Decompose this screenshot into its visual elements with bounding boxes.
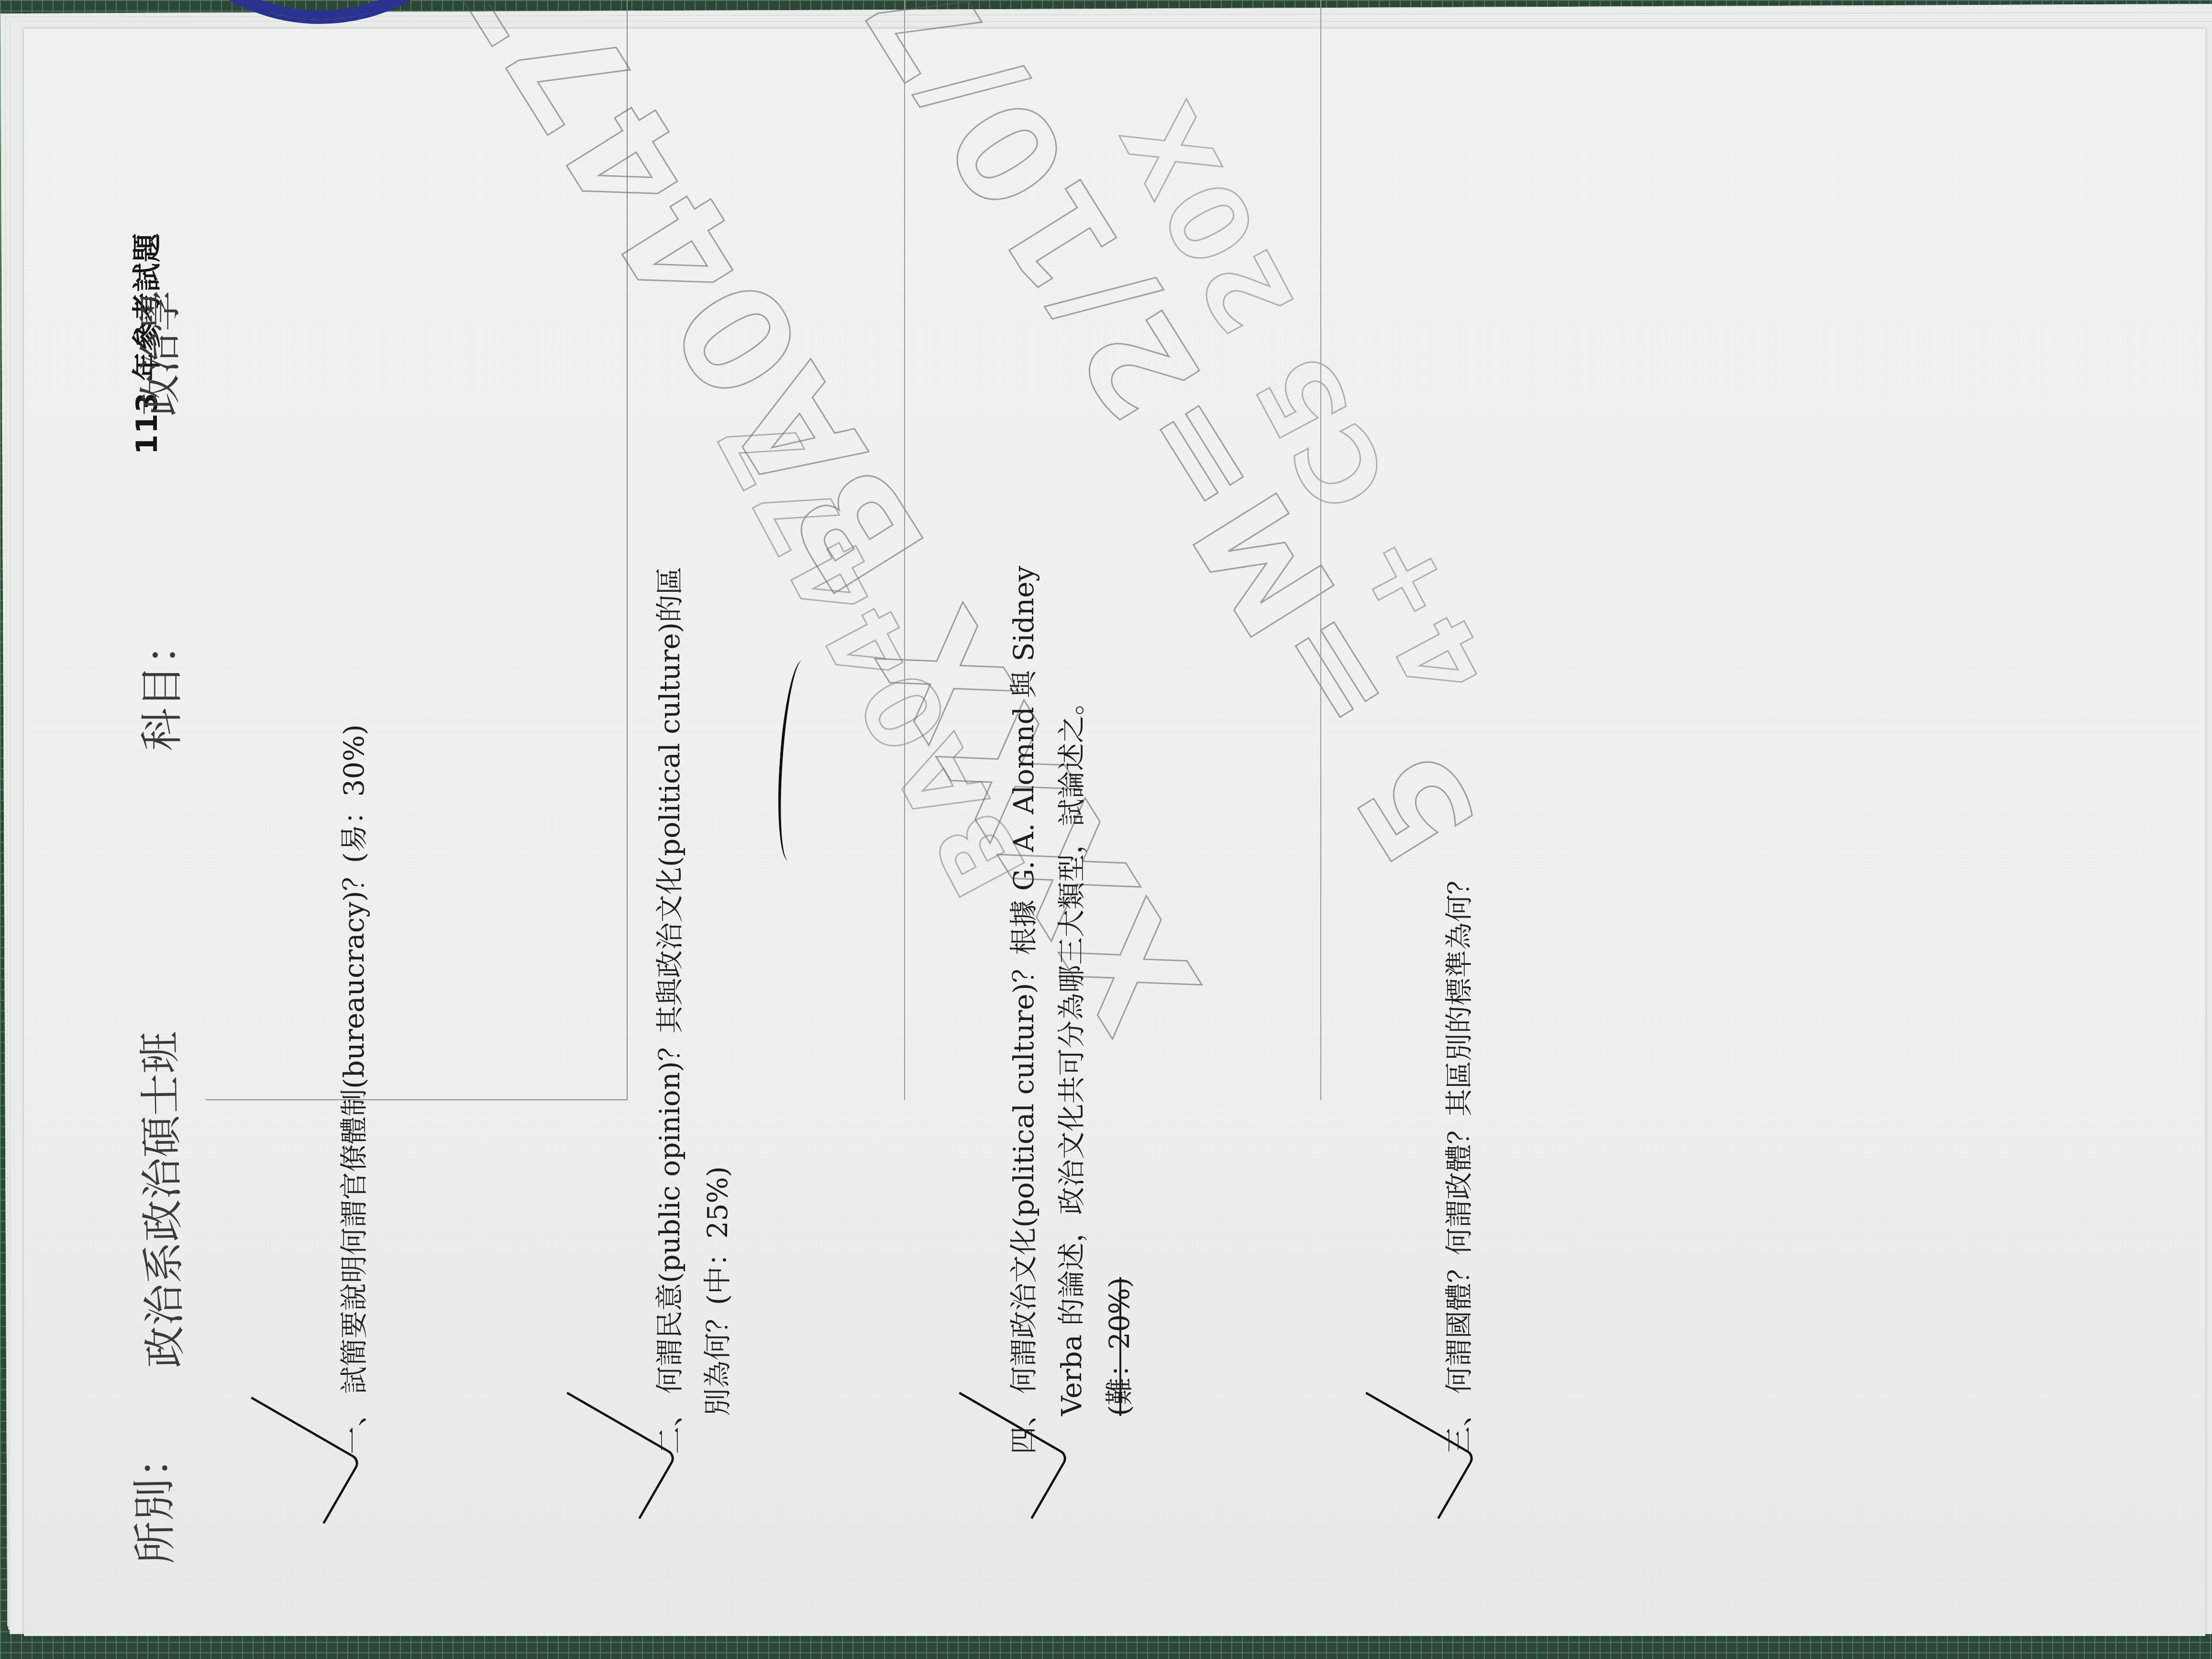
subject-label: 科目：: [127, 622, 189, 751]
question-number: 三、: [1443, 1399, 1475, 1454]
question-4: 四、何謂政治文化(political culture)？根據 G. A. Alo…: [1000, 43, 1143, 1454]
question-text: Verba 的論述，政治文化共可分為哪三大類型，試論述之。: [1048, 43, 1095, 1454]
question-1: 一、試簡要說明何謂官僚體制(bureaucracy)？(易：30%): [330, 19, 378, 1454]
divider: [1320, 0, 1321, 1100]
divider: [904, 0, 905, 1100]
department-label: 所別：: [119, 1435, 183, 1565]
question-text: 別為何？(中：25%): [694, 115, 741, 1454]
department-value: 政治系政治碩士班: [126, 1031, 192, 1369]
question-text: 試簡要說明何謂官僚體制(bureaucracy)？(易：30%): [338, 724, 370, 1394]
question-weight-struck: (難：20%): [1095, 43, 1143, 1454]
question-text: 何謂政治文化(political culture)？根據 G. A. Alomn…: [1007, 566, 1040, 1394]
question-text: 何謂國體？何謂政體？其區別的標準為何？: [1443, 867, 1475, 1394]
exam-sheet: 113 年參考試題 所別： 政治系政治碩士班 科目： 政治學 XXXX BA04…: [24, 29, 2205, 1636]
question-number: 四、: [1007, 1399, 1040, 1454]
pen-underline-mark: [773, 659, 818, 862]
question-text: 何謂民意(public opinion)？其與政治文化(political cu…: [653, 567, 686, 1394]
question-number: 二、: [653, 1399, 686, 1454]
question-2: 二、何謂民意(public opinion)？其與政治文化(political …: [646, 115, 741, 1454]
subject-value: 政治學: [127, 290, 187, 416]
question-number: 一、: [338, 1399, 370, 1454]
question-3: 三、何謂國體？何謂政體？其區別的標準為何？: [1435, 115, 1483, 1454]
